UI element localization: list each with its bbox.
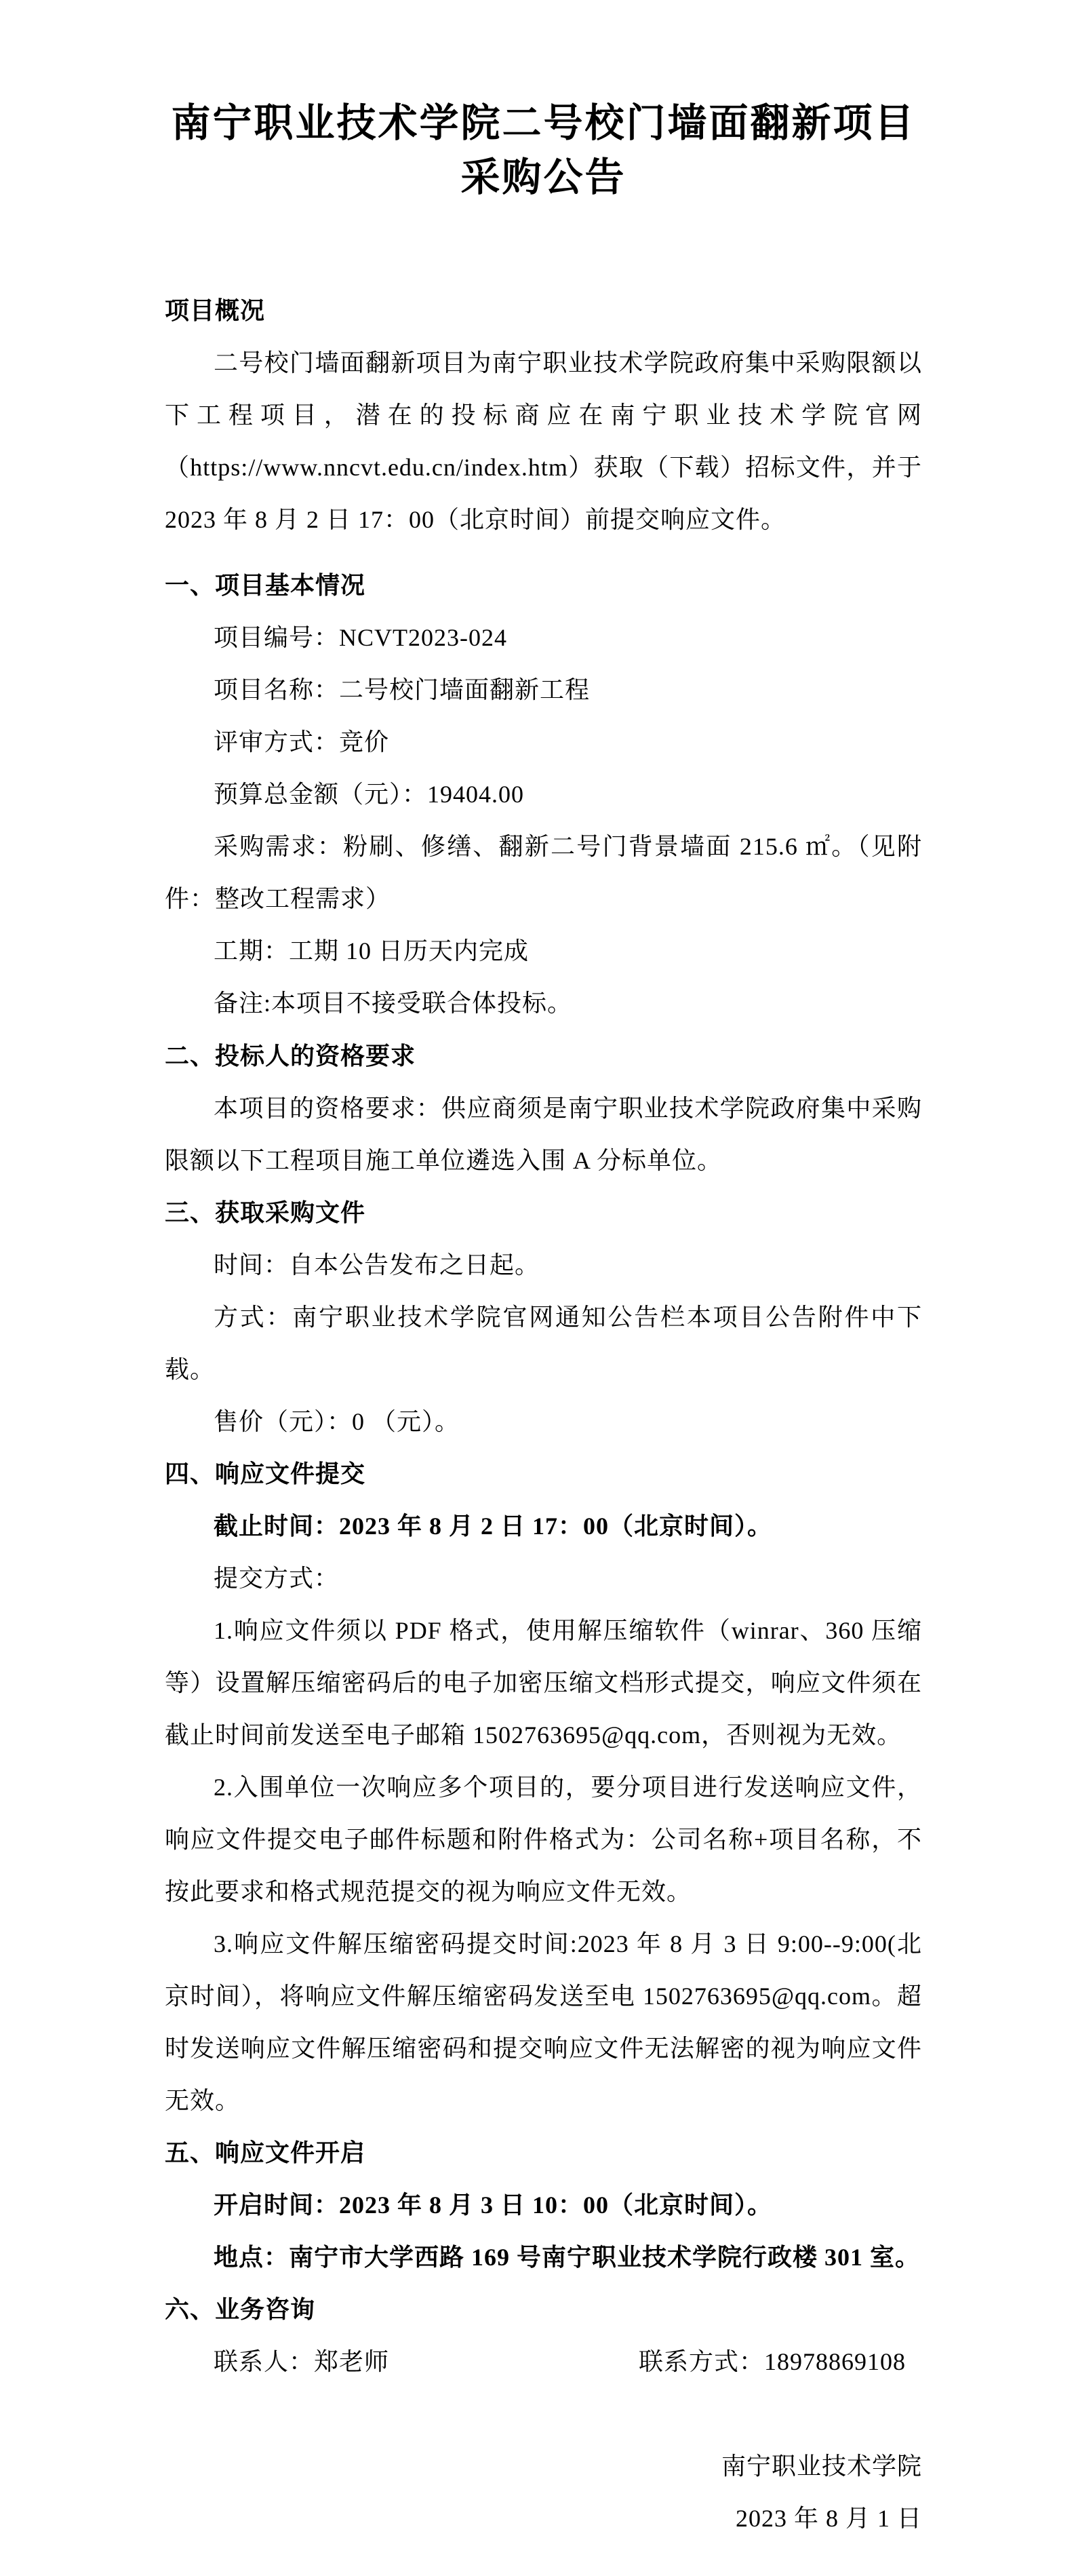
contact-phone: 联系方式：18978869108 [639,2336,906,2388]
project-name: 项目名称：二号校门墙面翻新工程 [165,664,922,716]
section-2-heading: 二、投标人的资格要求 [165,1030,922,1082]
section-6-heading: 六、业务咨询 [165,2284,922,2336]
doc-title-line-2: 采购公告 [165,151,922,205]
section-1-heading: 一、项目基本情况 [165,560,922,612]
signature-org: 南宁职业技术学院 [165,2440,922,2493]
overview-paragraph: 二号校门墙面翻新项目为南宁职业技术学院政府集中采购限额以下工程项目，潜在的投标商… [165,337,922,546]
contact-line: 联系人：郑老师联系方式：18978869108 [165,2336,922,2388]
signature-date: 2023 年 8 月 1 日 [165,2493,922,2545]
project-number: 项目编号：NCVT2023-024 [165,612,922,664]
review-method: 评审方式：竞价 [165,716,922,768]
document-price: 售价（元）：0 （元）。 [165,1396,922,1448]
opening-location: 地点：南宁市大学西路 169 号南宁职业技术学院行政楼 301 室。 [165,2231,922,2284]
section-4-heading: 四、响应文件提交 [165,1448,922,1500]
submission-method-label: 提交方式： [165,1553,922,1605]
document-page: 南宁职业技术学院二号校门墙面翻新项目采购公告项目概况二号校门墙面翻新项目为南宁职… [0,0,1076,2576]
overview-heading: 项目概况 [165,285,922,337]
opening-time: 开启时间：2023 年 8 月 3 日 10：00（北京时间）。 [165,2179,922,2231]
submission-item-3: 3.响应文件解压缩密码提交时间:2023 年 8 月 3 日 9:00--9:0… [165,1918,922,2127]
section-5-heading: 五、响应文件开启 [165,2127,922,2179]
remark: 备注:本项目不接受联合体投标。 [165,977,922,1030]
qualification-paragraph: 本项目的资格要求：供应商须是南宁职业技术学院政府集中采购限额以下工程项目施工单位… [165,1082,922,1187]
procurement-requirement: 采购需求：粉刷、修缮、翻新二号门背景墙面 215.6 ㎡。（见附件：整改工程需求… [165,821,922,925]
section-3-heading: 三、获取采购文件 [165,1187,922,1239]
obtain-time: 时间：自本公告发布之日起。 [165,1239,922,1291]
obtain-method: 方式：南宁职业技术学院官网通知公告栏本项目公告附件中下载。 [165,1291,922,1396]
submission-deadline: 截止时间：2023 年 8 月 2 日 17：00（北京时间）。 [165,1500,922,1553]
submission-item-1: 1.响应文件须以 PDF 格式，使用解压缩软件（winrar、360 压缩等）设… [165,1605,922,1761]
submission-item-2: 2.入围单位一次响应多个项目的，要分项目进行发送响应文件，响应文件提交电子邮件标… [165,1761,922,1918]
contact-person: 联系人：郑老师 [214,2348,389,2375]
budget-total: 预算总金额（元）：19404.00 [165,768,922,821]
doc-title-line-1: 南宁职业技术学院二号校门墙面翻新项目 [165,96,922,151]
document-body: 南宁职业技术学院二号校门墙面翻新项目采购公告项目概况二号校门墙面翻新项目为南宁职… [165,96,922,2545]
construction-period: 工期：工期 10 日历天内完成 [165,925,922,977]
